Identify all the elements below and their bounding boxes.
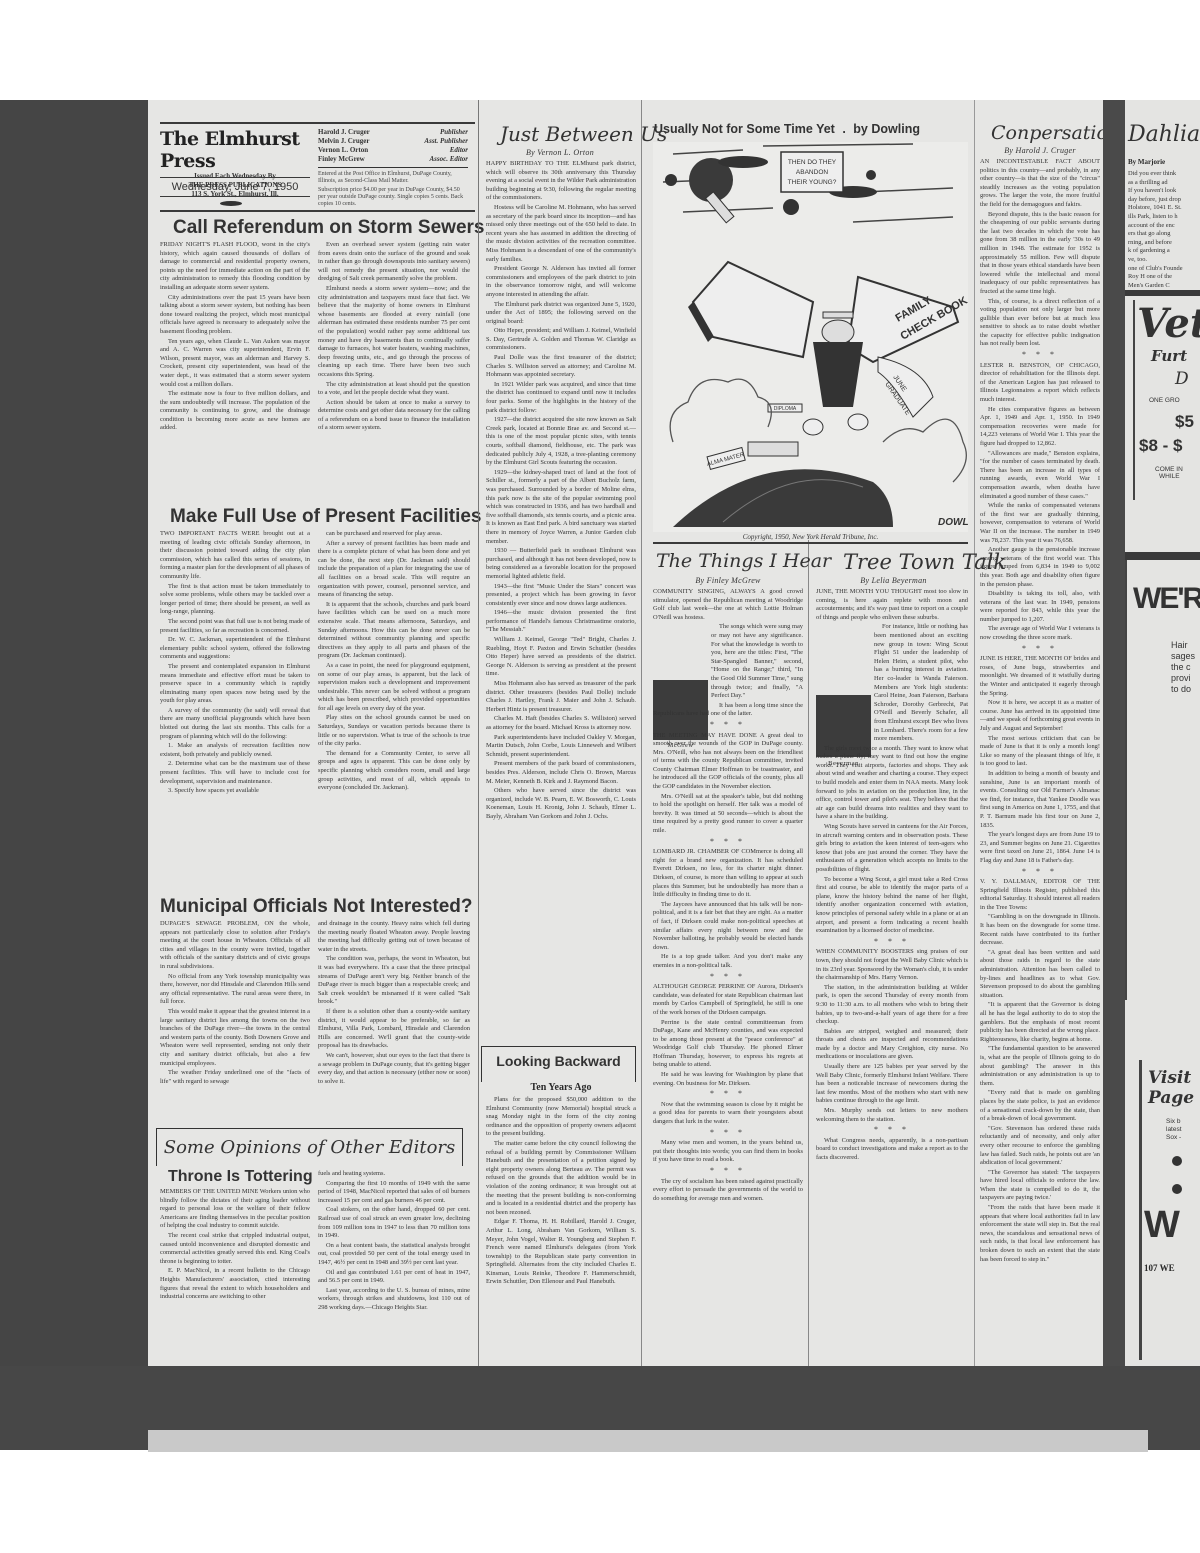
paragraph: Usually there are 125 babies per year se…: [816, 1063, 968, 1106]
text-line: Did you ever think: [1128, 170, 1200, 179]
paragraph: He cites comparative figures as between …: [980, 406, 1100, 449]
column-title: Just Between Us: [500, 122, 667, 146]
ad-line: Page: [1148, 1088, 1200, 1108]
column-byline: By Harold J. Cruger: [980, 146, 1100, 155]
editorial-headline: Call Referendum on Storm Sewers: [173, 217, 484, 239]
svg-text:ABANDON: ABANDON: [796, 169, 828, 176]
ad-line: Six b: [1166, 1118, 1200, 1126]
paragraph: William J. Keimel, George "Ted" Bright, …: [486, 636, 636, 679]
editorial-column: Even an overhead sewer system (getting r…: [318, 241, 470, 468]
text-line: one of Club's Founde: [1128, 265, 1200, 274]
editorial-headline: Municipal Officials Not Interested?: [160, 896, 473, 918]
paragraph: HAPPY BIRTHDAY TO THE ELMhurst park dist…: [486, 160, 636, 203]
cartoon-artist: by Dowling: [853, 122, 920, 136]
cartoon-illustration: THEN DO THEY ABANDON THEIR YOUNG? FAMILY…: [653, 142, 968, 532]
paragraph: 1943—the first "Music Under the Stars" c…: [486, 583, 636, 609]
paragraph: JUNE, THE MONTH YOU THOUGHT most too slo…: [816, 588, 968, 622]
text-line: ers that go along: [1128, 230, 1200, 239]
text-line: Men's Garden C: [1128, 282, 1200, 290]
staff-name: Vernon L. Orton: [318, 146, 368, 155]
paragraph: JUNE IS HERE, THE MONTH OF brides and ro…: [980, 655, 1100, 698]
paragraph: Dr. W. C. Jackman, superintendent of the…: [160, 636, 310, 662]
column-title: Conpersation: [991, 122, 1103, 144]
paragraph: The condition was, perhaps, the worst in…: [318, 955, 470, 1007]
paragraph: While the ranks of compensated veterans …: [980, 502, 1100, 545]
paragraph: ALTHOUGH GEORGE PERRINE OF Aurora, Dirks…: [653, 983, 803, 1017]
text-line: day before, just drop: [1128, 196, 1200, 205]
paragraph: Another gauge is the pensionable increas…: [980, 546, 1100, 589]
column-title: The Things I Hear: [656, 550, 831, 572]
ad-line: Hair: [1171, 640, 1200, 651]
paragraph: Present members of the park board of com…: [486, 760, 636, 786]
looking-backward-box: Looking Backward: [481, 1046, 636, 1082]
ad-border: [1125, 290, 1200, 296]
paragraph: The Elmhurst park district was organized…: [486, 301, 636, 327]
paragraph: LESTER R. BENSTON, OF CHICAGO, director …: [980, 362, 1100, 405]
section-break: * * *: [653, 838, 803, 847]
paragraph: V. Y. DALLMAN, EDITOR OF THE Springfield…: [980, 878, 1100, 912]
staff-role: Publisher: [440, 128, 468, 137]
paragraph: He said he was leaving for Washington by…: [653, 1071, 803, 1088]
paragraph: The girls meet twice a month. They want …: [816, 745, 968, 822]
paragraph: Mrs. Murphy sends out letters to new mot…: [816, 1107, 968, 1124]
paragraph: "From the raids that have been made it a…: [980, 1204, 1100, 1264]
paragraph: "A great deal has been written and said …: [980, 949, 1100, 1001]
paragraph: 3. Specify how spaces yet available: [160, 787, 310, 796]
paragraph: Ten years ago, when Claude L. Van Auken …: [160, 338, 310, 390]
paragraph: 1930 — Butterfield park in southeast Elm…: [486, 547, 636, 581]
ad-line: sages: [1171, 651, 1200, 662]
paragraph: and drainage in the county. Heavy rains …: [318, 920, 470, 954]
staff-name: Finley McGrew: [318, 155, 365, 164]
ad-line: Visit: [1148, 1068, 1200, 1088]
paragraph: Plans for the proposed $50,000 addition …: [486, 1096, 636, 1139]
paragraph: 2. Determine what can be the maximum use…: [160, 760, 310, 786]
article-headline: Throne Is Tottering: [168, 1168, 313, 1186]
text-line: account of the enc: [1128, 222, 1200, 231]
paragraph: It is apparent that the schools, churche…: [318, 601, 470, 661]
separator: .: [842, 122, 845, 136]
paragraph: "Every raid that is made on gambling pla…: [980, 1089, 1100, 1123]
column-rule: [808, 540, 809, 1368]
text-line: rning, and before: [1128, 239, 1200, 248]
bullet-icon: [1172, 1156, 1182, 1166]
paragraph: 1929—the kidney-shaped tract of land at …: [486, 469, 636, 546]
paragraph: The second point was that full use is no…: [160, 618, 310, 635]
section-break: * * *: [653, 1129, 803, 1138]
cartoon-copyright: Copyright, 1950, New York Herald Tribune…: [653, 533, 968, 541]
paragraph: 1927—the district acquired the site now …: [486, 416, 636, 468]
staff-row: Vernon L. OrtonEditor: [318, 146, 468, 155]
paragraph: DUPAGE'S SEWAGE PROBLEM, ON the whole, a…: [160, 920, 310, 972]
ornament-icon: [220, 201, 242, 206]
column-body: HAPPY BIRTHDAY TO THE ELMhurst park dist…: [486, 160, 636, 1040]
paragraph: can be purchased and reserved for play a…: [318, 530, 470, 539]
paragraph: The demand for a Community Center, to se…: [318, 750, 470, 793]
text-line: Roy H one of the: [1128, 273, 1200, 282]
paragraph: Elmhurst needs a storm sewer system—now;…: [318, 285, 470, 380]
staff-role: Asst. Publisher: [424, 137, 468, 146]
ad-line: latest: [1166, 1126, 1200, 1134]
divider: [653, 542, 968, 544]
issue-date: Wednesday, June 7, 1950: [160, 181, 310, 193]
text-line: ve, too.: [1128, 256, 1200, 265]
column-body: AN INCONTESTABLE FACT ABOUT politics in …: [980, 158, 1100, 1358]
column-byline: By Finley McGrew: [653, 576, 803, 585]
paragraph: The cry of socialism has been raised aga…: [653, 1178, 803, 1204]
paragraph: Mrs. O'Neill sat at the speaker's table,…: [653, 793, 803, 836]
paragraph: Paul Dolle was the first treasurer of th…: [486, 354, 636, 380]
divider: [160, 210, 475, 212]
svg-text:THEIR YOUNG?: THEIR YOUNG?: [788, 179, 837, 186]
paragraph: WHEN COMMUNITY BOOSTERS sing praises of …: [816, 948, 968, 982]
paragraph: Others who have served since the distric…: [486, 787, 636, 821]
other-editors-box: Some Opinions of Other Editors: [156, 1128, 463, 1166]
photo-spacer: [653, 623, 711, 703]
paragraph: FRIDAY NIGHT'S FLASH FLOOD, worst in the…: [160, 241, 310, 293]
paragraph: COMMUNITY SINGING, ALWAYS A good crowd s…: [653, 588, 803, 622]
section-break: * * *: [816, 938, 968, 947]
column-body: COMMUNITY SINGING, ALWAYS A good crowd s…: [653, 588, 803, 1358]
paragraph: Hostess will be Caroline M. Hohmann, who…: [486, 204, 636, 264]
paragraph: The year's longest days are from June 19…: [980, 831, 1100, 865]
section-break: * * *: [980, 645, 1100, 654]
paragraph: MEMBERS OF THE UNITED MINE Workers union…: [160, 1188, 310, 1231]
paragraph: Last year, according to the U. S. bureau…: [318, 1287, 470, 1313]
bullet-icon: [1172, 1184, 1182, 1194]
divider: [160, 196, 310, 197]
paragraph: City administrations over the past 15 ye…: [160, 294, 310, 337]
ad-line: Furt: [1151, 347, 1200, 365]
section-break: * * *: [980, 351, 1100, 360]
paragraph: This, of course, is a direct reflection …: [980, 298, 1100, 350]
paragraph: No official from any York township munic…: [160, 973, 310, 1007]
paragraph: The city administration at least should …: [318, 381, 470, 398]
paragraph: The most serious criticism that can be m…: [980, 735, 1100, 769]
paragraph: "It is apparent that the Governor is doi…: [980, 1001, 1100, 1044]
editorial-column: can be purchased and reserved for play a…: [318, 530, 470, 930]
text-line: If you haven't look: [1128, 187, 1200, 196]
article-column: MEMBERS OF THE UNITED MINE Workers union…: [160, 1188, 310, 1358]
column-byline: By Lelia Beyerman: [816, 576, 971, 585]
paragraph: Comparing the first 10 months of 1949 wi…: [318, 1180, 470, 1206]
entry-notice: Entered at the Post Office in Elmhurst, …: [318, 171, 468, 185]
text-line: k of gardening a: [1128, 247, 1200, 256]
paragraph: The present and contemplated expansion i…: [160, 663, 310, 706]
staff-row: Melvin J. CrugerAsst. Publisher: [318, 137, 468, 146]
column-rule: [641, 100, 642, 1368]
newspaper-page: The Elmhurst Press Issued Each Wednesday…: [148, 100, 1103, 1368]
paragraph: E. P. MacNicol, in a recent bulletin to …: [160, 1267, 310, 1301]
ad-headline: W: [1144, 1204, 1200, 1247]
paragraph: Now that the swimming season is close by…: [653, 1101, 803, 1127]
scan-border-left: [0, 100, 148, 1450]
ad-line: WHILE: [1159, 473, 1200, 480]
text-line: ills Park, listen to h: [1128, 213, 1200, 222]
paragraph: Oil and gas contributed 1.61 per cent of…: [318, 1269, 470, 1286]
salon-ad: WE'R Hair sages the c provi to do: [1125, 560, 1200, 1000]
cartoon-title: Usually Not for Some Time Yet . by Dowli…: [654, 122, 920, 136]
column-body: Plans for the proposed $50,000 addition …: [486, 1096, 636, 1358]
column-body: JUNE, THE MONTH YOU THOUGHT most too slo…: [816, 588, 968, 1358]
page-gutter: [1103, 100, 1125, 1400]
paragraph: Many wise men and women, in the years be…: [653, 1139, 803, 1165]
scan-edge: [148, 1430, 1148, 1452]
column-rule: [974, 100, 975, 1368]
divider: [160, 177, 310, 178]
box-title: Some Opinions of Other Editors: [157, 1137, 462, 1158]
text-line: Holstore, 1041 E. St.: [1128, 204, 1200, 213]
paragraph: fuels and heating systems.: [318, 1170, 470, 1179]
subscription-info: Subscription price $4.00 per year in DuP…: [318, 187, 468, 208]
paragraph: Coal stokers, on the other hand, dropped…: [318, 1206, 470, 1240]
staff-row: Finley McGrewAssoc. Editor: [318, 155, 468, 164]
paragraph: THE MEETING MAY HAVE DONE A great deal t…: [653, 732, 803, 792]
masthead-rule: [160, 122, 475, 124]
ad-line: to do: [1171, 684, 1200, 695]
paragraph: If there is a solution other than a coun…: [318, 1008, 470, 1051]
paragraph: The estimate now is four to five million…: [160, 390, 310, 433]
paragraph: Play sites on the school grounds cannot …: [318, 714, 470, 748]
paragraph: To become a Wing Scout, a girl must take…: [816, 876, 968, 936]
paragraph: "The fundamental question to be answered…: [980, 1045, 1100, 1088]
store-ad: Visit Page Six b latest Sox - W 107 WE: [1139, 1060, 1200, 1360]
section-break: * * *: [980, 868, 1100, 877]
paragraph: "Gov. Stevenson has ordered these raids …: [980, 1125, 1100, 1168]
paragraph: What Congress needs, apparently, is a no…: [816, 1137, 968, 1163]
paragraph: The recent coal strike that crippled ind…: [160, 1232, 310, 1266]
adjacent-byline: By Marjorie: [1128, 158, 1165, 166]
staff-name: Melvin J. Cruger: [318, 137, 370, 146]
paragraph: Beyond dispute, this is the basic reason…: [980, 211, 1100, 297]
article-column: fuels and heating systems. Comparing the…: [318, 1170, 470, 1360]
paragraph: Babies are stripped, weighed and measure…: [816, 1028, 968, 1062]
paragraph: 1. Make an analysis of recreation facili…: [160, 742, 310, 759]
paragraph: In addition to being a month of beauty a…: [980, 770, 1100, 830]
paragraph: The matter came before the city council …: [486, 1140, 636, 1217]
staff-name: Harold J. Cruger: [318, 128, 370, 137]
paragraph: 1946—the music division presented the fi…: [486, 609, 636, 635]
paragraph: President George N. Alderson has invited…: [486, 265, 636, 299]
masthead-title: The Elmhurst Press: [160, 128, 310, 172]
staff-row: Harold J. CrugerPublisher: [318, 128, 468, 137]
paragraph: Perrine is the state central committeema…: [653, 1019, 803, 1071]
paragraph: Park superintendents have included Oakle…: [486, 734, 636, 760]
vetter-ad: Vett Furt D ONE GRO $5 $8 - $ COME IN WH…: [1133, 300, 1200, 500]
box-title: Looking Backward: [482, 1053, 635, 1069]
editorial-column: DUPAGE'S SEWAGE PROBLEM, ON the whole, a…: [160, 920, 310, 1120]
paragraph: It has been a long time since the Republ…: [653, 702, 803, 719]
ad-border: [1125, 552, 1200, 560]
section-break: * * *: [653, 1090, 803, 1099]
paragraph: Even an overhead sewer system (getting r…: [318, 241, 470, 284]
adjacent-column-title: Dahlia: [1128, 122, 1200, 147]
section-break: * * *: [653, 721, 803, 730]
ad-line: the c: [1171, 662, 1200, 673]
paragraph: "Gambling is on the downgrade in Illinoi…: [980, 913, 1100, 947]
paragraph: As a case in point, the need for playgro…: [318, 662, 470, 714]
paragraph: Miss Hohmann also has served as treasure…: [486, 680, 636, 714]
cartoon-title-text: Usually Not for Some Time Yet: [654, 122, 835, 136]
staff-role: Editor: [450, 146, 468, 155]
paragraph: Otto Heper, president; and William J. Ke…: [486, 327, 636, 353]
paragraph: The average age of World War I veterans …: [980, 625, 1100, 642]
paragraph: LOMBARD JR. CHAMBER OF COMmerce is doing…: [653, 848, 803, 900]
paragraph: On a heat content basis, the statistical…: [318, 1242, 470, 1268]
text-line: as a thrilling ad: [1128, 179, 1200, 188]
editorial-headline: Make Full Use of Present Facilities: [170, 506, 482, 528]
ad-headline: WE'R: [1133, 582, 1200, 616]
adjacent-column-body: Did you ever think as a thrilling ad If …: [1128, 170, 1200, 290]
section-break: * * *: [816, 1126, 968, 1135]
paragraph: Edgar F. Thoma, H. H. Robillard, Harold …: [486, 1218, 636, 1287]
photo-spacer: [816, 653, 874, 735]
svg-text:DIPLOMA: DIPLOMA: [774, 406, 797, 412]
paragraph: A survey of the community (he said) will…: [160, 707, 310, 741]
paragraph: Disability is taking its toll, also, wit…: [980, 590, 1100, 624]
ad-line: Sox -: [1166, 1134, 1200, 1142]
ad-script-title: Vett: [1137, 300, 1200, 347]
ad-address: 107 WE: [1144, 1263, 1200, 1273]
artist-signature: DOWLING: [938, 517, 968, 528]
paragraph: AN INCONTESTABLE FACT ABOUT politics in …: [980, 158, 1100, 210]
paragraph: In 1921 Wilder park was acquired, and si…: [486, 381, 636, 415]
paragraph: Action should be taken at once to make a…: [318, 399, 470, 433]
paragraph: The weather Friday underlined one of the…: [160, 1069, 310, 1086]
paragraph: The station, in the administration build…: [816, 984, 968, 1027]
section-break: * * *: [653, 1167, 803, 1176]
staff-box: Harold J. CrugerPublisher Melvin J. Crug…: [318, 128, 468, 208]
balloon-text: THEN DO THEY: [788, 159, 837, 166]
box-subtitle: Ten Years Ago: [486, 1082, 636, 1093]
ad-line: provi: [1171, 673, 1200, 684]
staff-role: Assoc. Editor: [429, 155, 468, 164]
adjacent-page: Dahlia By Marjorie Did you ever think as…: [1125, 100, 1200, 1368]
ad-line: ONE GRO: [1149, 397, 1200, 404]
paragraph: The Jaycees have announced that his talk…: [653, 901, 803, 953]
paragraph: TWO IMPORTANT FACTS WERE brought out at …: [160, 530, 310, 582]
paragraph: He is a top grade talker. And you don't …: [653, 953, 803, 970]
paragraph: Wing Scouts have served in canteens for …: [816, 823, 968, 875]
editorial-column: FRIDAY NIGHT'S FLASH FLOOD, worst in the…: [160, 241, 310, 468]
editorial-column: and drainage in the county. Heavy rains …: [318, 920, 470, 1120]
divider: [318, 167, 468, 168]
section-break: * * *: [653, 973, 803, 982]
editorial-cartoon: THEN DO THEY ABANDON THEIR YOUNG? FAMILY…: [653, 142, 968, 532]
paragraph: "The Governor has stated: 'The taxpayers…: [980, 1169, 1100, 1203]
paragraph: The first is that action must be taken i…: [160, 583, 310, 617]
paragraph: We can't, however, shut our eyes to the …: [318, 1052, 470, 1086]
ad-price: $8 - $: [1139, 436, 1200, 456]
editorial-column: TWO IMPORTANT FACTS WERE brought out at …: [160, 530, 310, 930]
paragraph: Charles M. Haft (besides Charles S. Will…: [486, 715, 636, 732]
paragraph: Now it is here, we accept it as a matter…: [980, 699, 1100, 733]
column-byline: By Vernon L. Orton: [485, 148, 635, 157]
ad-line: COME IN: [1155, 466, 1200, 473]
paragraph: After a survey of present facilities has…: [318, 540, 470, 600]
ad-price: $5: [1175, 412, 1200, 432]
ad-line: D: [1175, 369, 1200, 389]
column-rule: [478, 100, 479, 1368]
paragraph: This would make it appear that the great…: [160, 1008, 310, 1068]
paragraph: "Allowances are made," Benston explains,…: [980, 450, 1100, 502]
